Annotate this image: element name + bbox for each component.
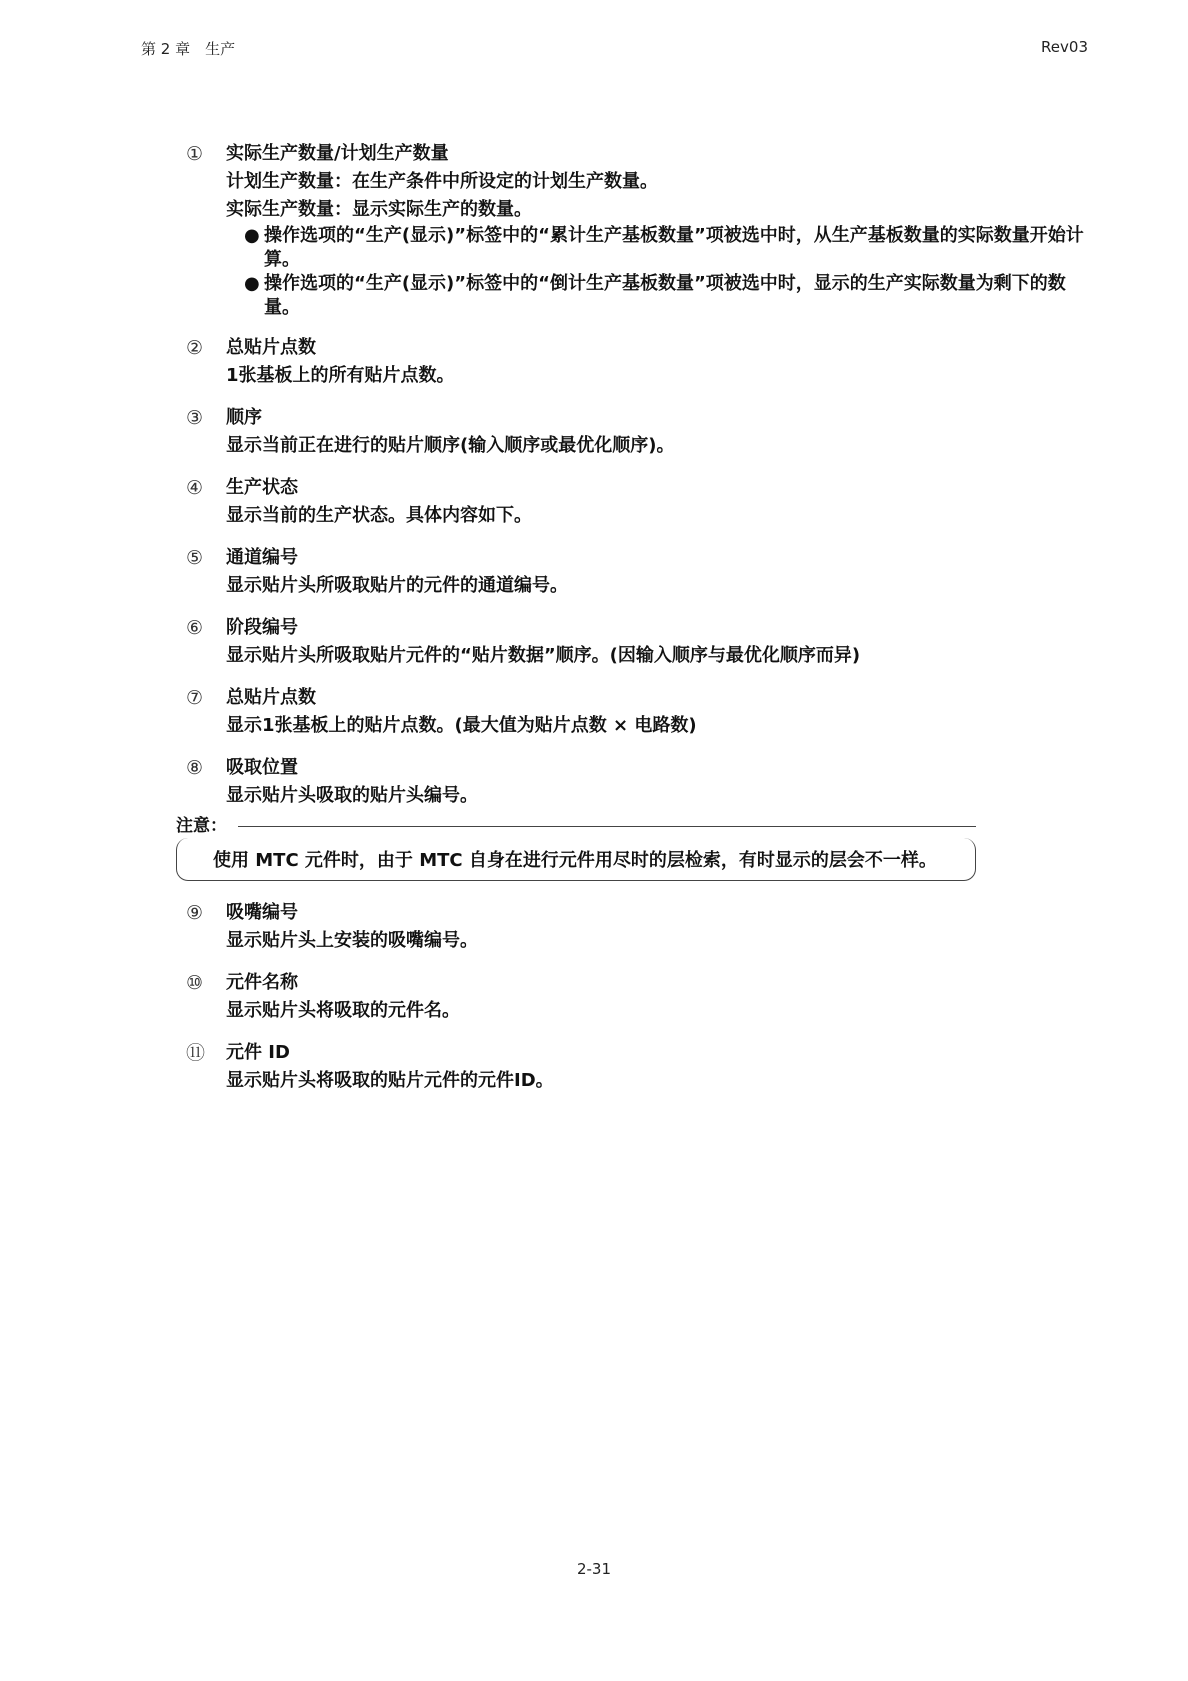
list-item: ④生产状态显示当前的生产状态。具体内容如下。 bbox=[186, 474, 1086, 530]
list-item: ① 实际生产数量/计划生产数量 计划生产数量：在生产条件中所设定的计划生产数量。… bbox=[186, 140, 1086, 320]
item-title: 生产状态 bbox=[226, 474, 1086, 502]
item-title: 实际生产数量/计划生产数量 bbox=[226, 140, 1086, 168]
item-title: 总贴片点数 bbox=[226, 334, 1086, 362]
item-number: ⑧ bbox=[186, 754, 226, 810]
page-number: 2-31 bbox=[0, 1560, 1188, 1578]
item-title: 总贴片点数 bbox=[226, 684, 1086, 712]
item-desc: 计划生产数量：在生产条件中所设定的计划生产数量。 bbox=[226, 168, 1086, 196]
item-desc: 实际生产数量：显示实际生产的数量。 bbox=[226, 196, 1086, 224]
list-item: ③顺序显示当前正在进行的贴片顺序(输入顺序或最优化顺序)。 bbox=[186, 404, 1086, 460]
list-item: ⑩元件名称显示贴片头将吸取的元件名。 bbox=[186, 969, 1086, 1025]
item-title: 吸嘴编号 bbox=[226, 899, 1086, 927]
revision-label: Rev03 bbox=[1041, 38, 1088, 56]
note-text: 使用 MTC 元件时，由于 MTC 自身在进行元件用尽时的层检索，有时显示的层会… bbox=[176, 838, 976, 881]
item-desc: 显示贴片头所吸取贴片的元件的通道编号。 bbox=[226, 572, 1086, 600]
bullet-item: ●操作选项的“生产(显示)”标签中的“累计生产基板数量”项被选中时，从生产基板数… bbox=[226, 224, 1086, 272]
item-desc: 显示贴片头所吸取贴片元件的“贴片数据”顺序。(因输入顺序与最优化顺序而异) bbox=[226, 642, 1086, 670]
item-title: 阶段编号 bbox=[226, 614, 1086, 642]
note-box: 注意： 使用 MTC 元件时，由于 MTC 自身在进行元件用尽时的层检索，有时显… bbox=[176, 814, 976, 881]
item-desc: 1张基板上的所有贴片点数。 bbox=[226, 362, 1086, 390]
note-divider bbox=[238, 826, 976, 827]
list-item: ⑦总贴片点数显示1张基板上的贴片点数。(最大值为贴片点数 × 电路数) bbox=[186, 684, 1086, 740]
bullet-icon: ● bbox=[244, 224, 264, 272]
bullet-icon: ● bbox=[244, 272, 264, 320]
list-item: ⑨吸嘴编号显示贴片头上安装的吸嘴编号。 bbox=[186, 899, 1086, 955]
item-number: ③ bbox=[186, 404, 226, 460]
item-desc: 显示贴片头吸取的贴片头编号。 bbox=[226, 782, 1086, 810]
item-desc: 显示当前正在进行的贴片顺序(输入顺序或最优化顺序)。 bbox=[226, 432, 1086, 460]
item-number: ① bbox=[186, 140, 226, 320]
list-item: ⑤通道编号显示贴片头所吸取贴片的元件的通道编号。 bbox=[186, 544, 1086, 600]
list-item: ⑧吸取位置显示贴片头吸取的贴片头编号。 bbox=[186, 754, 1086, 810]
item-title: 元件名称 bbox=[226, 969, 1086, 997]
item-number: ④ bbox=[186, 474, 226, 530]
item-title: 吸取位置 bbox=[226, 754, 1086, 782]
item-number: ② bbox=[186, 334, 226, 390]
chapter-header: 第 2 章 生产 bbox=[141, 38, 235, 59]
item-title: 元件 ID bbox=[226, 1039, 1086, 1067]
list-item: ⑥阶段编号显示贴片头所吸取贴片元件的“贴片数据”顺序。(因输入顺序与最优化顺序而… bbox=[186, 614, 1086, 670]
bullet-text: 操作选项的“生产(显示)”标签中的“倒计生产基板数量”项被选中时，显示的生产实际… bbox=[264, 272, 1086, 320]
list-item: ⑪元件 ID显示贴片头将吸取的贴片元件的元件ID。 bbox=[186, 1039, 1086, 1095]
item-number: ⑥ bbox=[186, 614, 226, 670]
item-desc: 显示1张基板上的贴片点数。(最大值为贴片点数 × 电路数) bbox=[226, 712, 1086, 740]
item-number: ⑩ bbox=[186, 969, 226, 1025]
bullet-item: ●操作选项的“生产(显示)”标签中的“倒计生产基板数量”项被选中时，显示的生产实… bbox=[226, 272, 1086, 320]
item-number: ⑪ bbox=[186, 1039, 226, 1095]
item-desc: 显示当前的生产状态。具体内容如下。 bbox=[226, 502, 1086, 530]
item-desc: 显示贴片头将吸取的贴片元件的元件ID。 bbox=[226, 1067, 1086, 1095]
list-item: ②总贴片点数1张基板上的所有贴片点数。 bbox=[186, 334, 1086, 390]
item-desc: 显示贴片头上安装的吸嘴编号。 bbox=[226, 927, 1086, 955]
item-number: ⑦ bbox=[186, 684, 226, 740]
item-number: ⑤ bbox=[186, 544, 226, 600]
item-title: 通道编号 bbox=[226, 544, 1086, 572]
item-title: 顺序 bbox=[226, 404, 1086, 432]
item-number: ⑨ bbox=[186, 899, 226, 955]
item-desc: 显示贴片头将吸取的元件名。 bbox=[226, 997, 1086, 1025]
bullet-text: 操作选项的“生产(显示)”标签中的“累计生产基板数量”项被选中时，从生产基板数量… bbox=[264, 224, 1086, 272]
document-body: ① 实际生产数量/计划生产数量 计划生产数量：在生产条件中所设定的计划生产数量。… bbox=[186, 140, 1086, 1109]
